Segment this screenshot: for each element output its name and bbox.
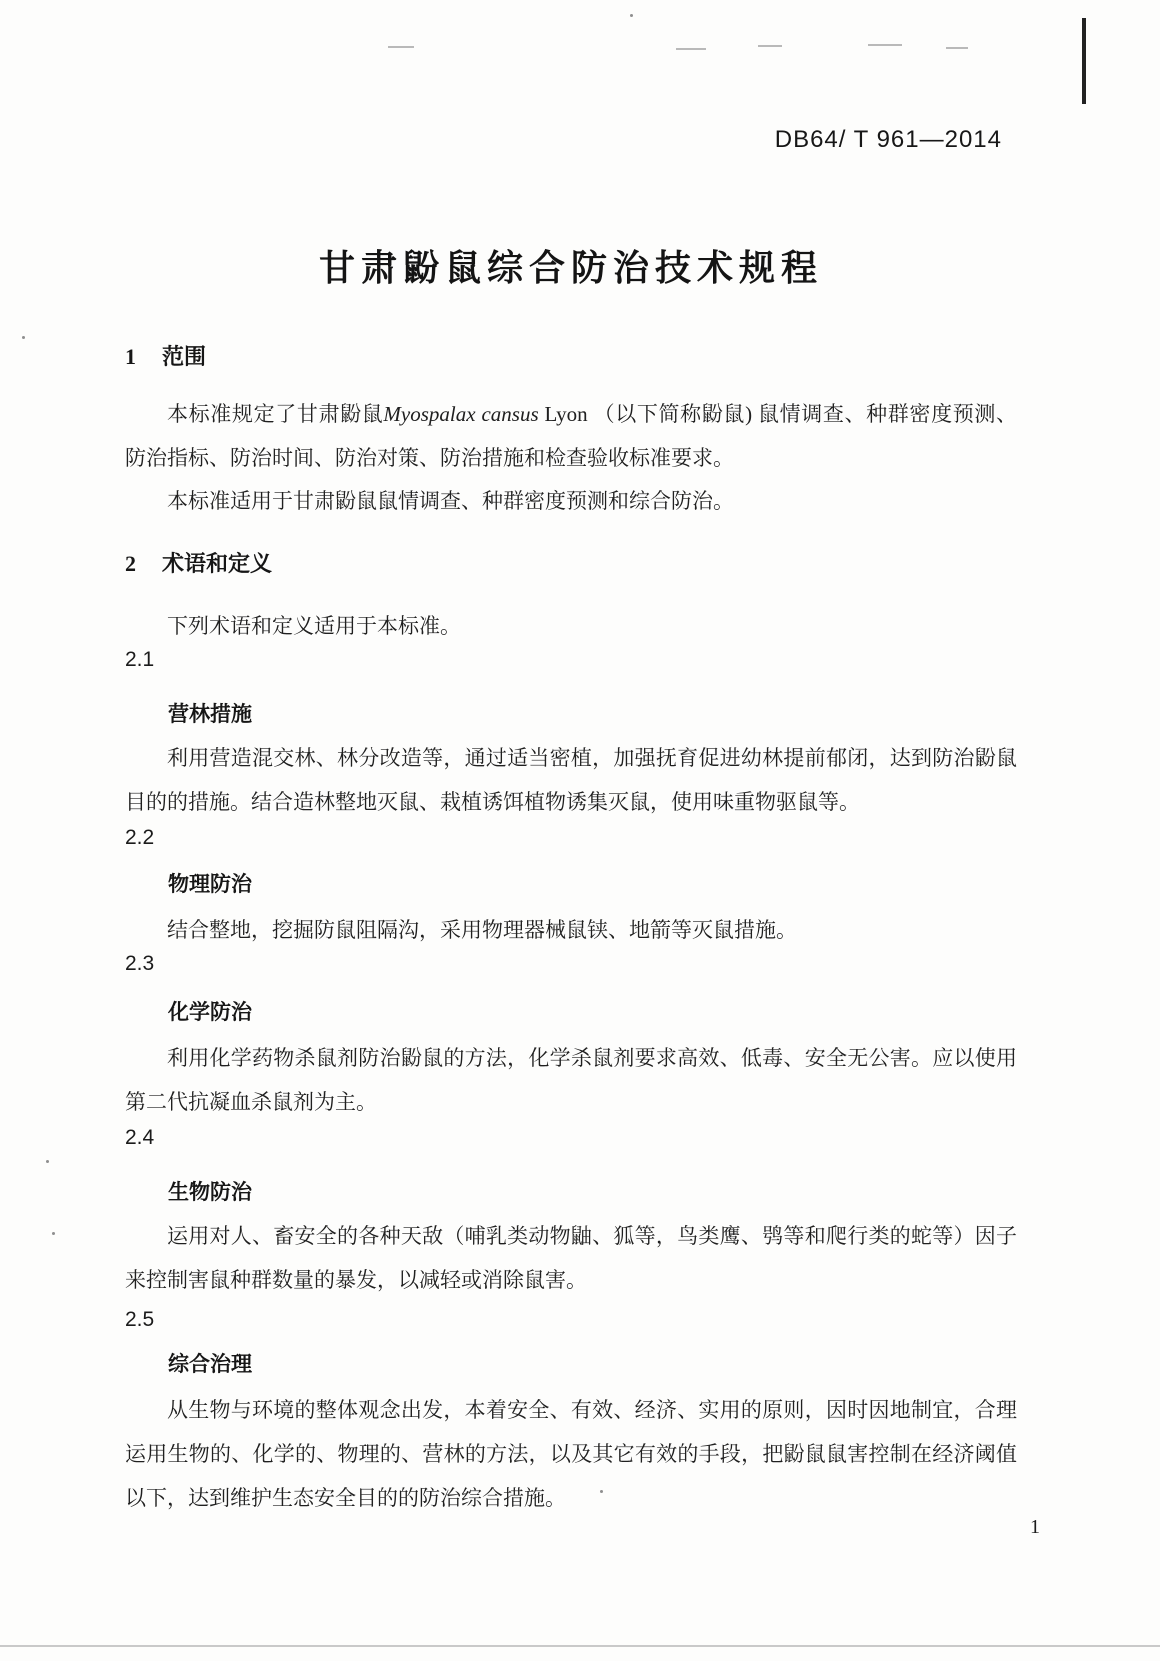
section-2-label: 术语和定义 bbox=[162, 551, 272, 576]
term-2-2-name: 物理防治 bbox=[168, 868, 252, 898]
section-2-number: 2 bbox=[125, 551, 136, 576]
scan-artifact bbox=[676, 48, 706, 50]
term-2-5-definition: 从生物与环境的整体观念出发，本着安全、有效、经济、实用的原则，因时因地制宜，合理… bbox=[125, 1388, 1017, 1520]
term-2-3-definition: 利用化学药物杀鼠剂防治鼢鼠的方法，化学杀鼠剂要求高效、低毒、安全无公害。应以使用… bbox=[125, 1036, 1017, 1124]
section-1-heading: 1范围 bbox=[125, 340, 1017, 371]
scan-artifact bbox=[52, 1232, 55, 1235]
scan-artifact bbox=[630, 14, 633, 17]
scan-edge-bar bbox=[1082, 18, 1086, 104]
scan-artifact bbox=[46, 1160, 49, 1163]
section-1-label: 范围 bbox=[162, 344, 206, 369]
scanned-document-page: DB64/ T 961—2014 甘肃鼢鼠综合防治技术规程 1范围 本标准规定了… bbox=[0, 0, 1160, 1661]
term-2-2-number: 2.2 bbox=[125, 826, 154, 850]
term-2-2-definition: 结合整地，挖掘防鼠阻隔沟，采用物理器械鼠铗、地箭等灭鼠措施。 bbox=[125, 908, 1017, 952]
scan-artifact bbox=[868, 44, 902, 46]
section-1-number: 1 bbox=[125, 344, 136, 369]
document-title: 甘肃鼢鼠综合防治技术规程 bbox=[125, 240, 1017, 291]
term-2-4-number: 2.4 bbox=[125, 1126, 154, 1150]
page-bottom-rule bbox=[0, 1645, 1160, 1647]
scan-artifact bbox=[946, 47, 968, 49]
term-2-1-number: 2.1 bbox=[125, 648, 154, 672]
term-2-3-name: 化学防治 bbox=[168, 996, 252, 1026]
species-author: Lyon bbox=[539, 402, 594, 426]
section-2-heading: 2术语和定义 bbox=[125, 547, 1017, 578]
term-2-1-name: 营林措施 bbox=[168, 698, 252, 728]
term-2-1-definition: 利用营造混交林、林分改造等，通过适当密植，加强抚育促进幼林提前郁闭，达到防治鼢鼠… bbox=[125, 736, 1017, 824]
term-2-4-name: 生物防治 bbox=[168, 1176, 252, 1206]
scope-text-lead: 本标准规定了甘肃鼢鼠 bbox=[167, 402, 383, 426]
section-1-paragraph-1: 本标准规定了甘肃鼢鼠Myospalax cansus Lyon （以下简称鼢鼠)… bbox=[125, 392, 1017, 480]
term-2-3-number: 2.3 bbox=[125, 952, 154, 976]
section-2-intro: 下列术语和定义适用于本标准。 bbox=[125, 604, 1017, 648]
page-number: 1 bbox=[1030, 1516, 1040, 1539]
scan-artifact bbox=[758, 45, 782, 47]
scan-artifact bbox=[22, 336, 25, 339]
term-2-5-name: 综合治理 bbox=[168, 1348, 252, 1378]
term-2-5-number: 2.5 bbox=[125, 1308, 154, 1332]
species-latin-name: Myospalax cansus bbox=[383, 402, 538, 426]
section-1-paragraph-2: 本标准适用于甘肃鼢鼠鼠情调查、种群密度预测和综合防治。 bbox=[125, 479, 1017, 523]
scan-artifact bbox=[388, 46, 414, 48]
standard-code: DB64/ T 961—2014 bbox=[775, 126, 1002, 154]
term-2-4-definition: 运用对人、畜安全的各种天敌（哺乳类动物鼬、狐等，鸟类鹰、鸮等和爬行类的蛇等）因子… bbox=[125, 1214, 1017, 1302]
